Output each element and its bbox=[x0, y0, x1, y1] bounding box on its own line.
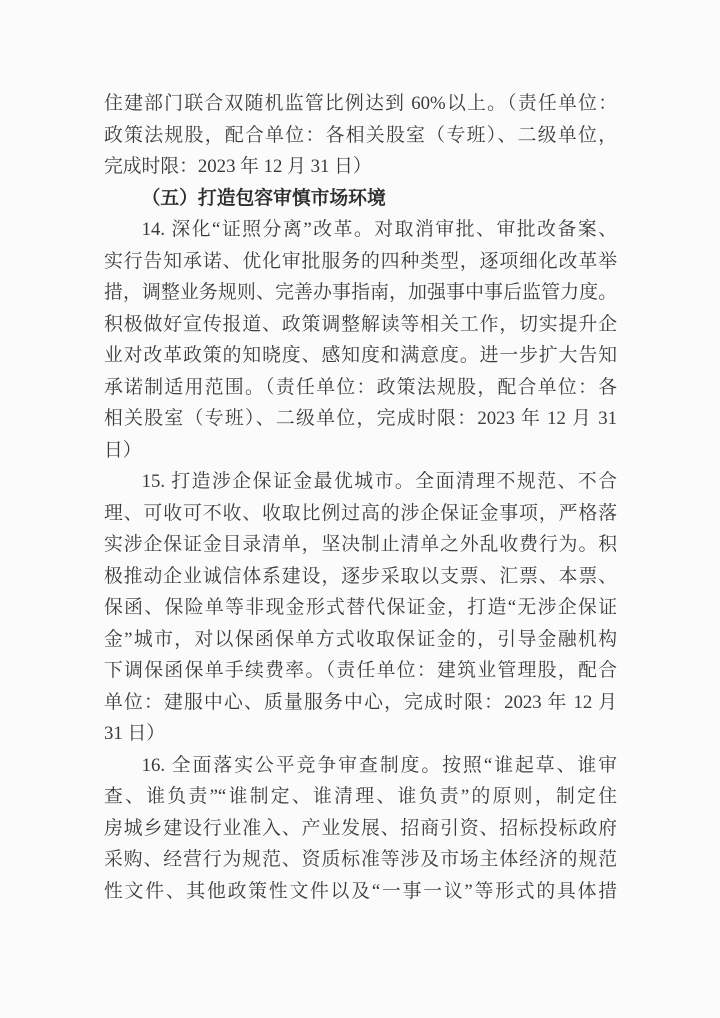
text-line: 理、可收可不收、收取比例过高的涉企保证金事项，严格落 bbox=[104, 498, 617, 530]
text-line: 极推动企业诚信体系建设，逐步采取以支票、汇票、本票、 bbox=[104, 561, 617, 593]
text-line: 保函、保险单等非现金形式替代保证金，打造“无涉企保证 bbox=[104, 592, 617, 624]
text-line: 16. 全面落实公平竞争审查制度。按照“谁起草、谁审 bbox=[104, 750, 617, 782]
text-line: 下调保函保单手续费率。（责任单位：建筑业管理股，配合 bbox=[104, 655, 617, 687]
text-line: 政策法规股，配合单位：各相关股室（专班）、二级单位， bbox=[104, 120, 617, 152]
text-line: 措，调整业务规则、完善办事指南，加强事中事后监管力度。 bbox=[104, 277, 617, 309]
text-line: 金”城市，对以保函保单方式收取保证金的，引导金融机构 bbox=[104, 624, 617, 656]
text-line: 15. 打造涉企保证金最优城市。全面清理不规范、不合 bbox=[104, 466, 617, 498]
text-line: 完成时限：2023 年 12 月 31 日） bbox=[104, 151, 617, 183]
text-line: 采购、经营行为规范、资质标准等涉及市场主体经济的规范 bbox=[104, 844, 617, 876]
text-line: 查、谁负责”“谁制定、谁清理、谁负责”的原则，制定住 bbox=[104, 781, 617, 813]
text-line: 实涉企保证金目录清单，坚决制止清单之外乱收费行为。积 bbox=[104, 529, 617, 561]
text-line: 单位：建服中心、质量服务中心，完成时限：2023 年 12 月 bbox=[104, 687, 617, 719]
text-line: 日） bbox=[104, 435, 617, 467]
text-line: 住建部门联合双随机监管比例达到 60%以上。（责任单位： bbox=[104, 88, 617, 120]
text-line: 房城乡建设行业准入、产业发展、招商引资、招标投标政府 bbox=[104, 813, 617, 845]
text-line: 承诺制适用范围。（责任单位：政策法规股，配合单位：各 bbox=[104, 372, 617, 404]
text-line: 积极做好宣传报道、政策调整解读等相关工作，切实提升企 bbox=[104, 309, 617, 341]
text-line: 31 日） bbox=[104, 718, 617, 750]
text-line: 业对改革政策的知晓度、感知度和满意度。进一步扩大告知 bbox=[104, 340, 617, 372]
document-page: 住建部门联合双随机监管比例达到 60%以上。（责任单位：政策法规股，配合单位：各… bbox=[0, 0, 720, 1018]
text-line: 性文件、其他政策性文件以及“一事一议”等形式的具体措 bbox=[104, 876, 617, 908]
text-line: 相关股室（专班）、二级单位，完成时限：2023 年 12 月 31 bbox=[104, 403, 617, 435]
text-line: 14. 深化“证照分离”改革。对取消审批、审批改备案、 bbox=[104, 214, 617, 246]
section-heading: （五）打造包容审慎市场环境 bbox=[104, 183, 617, 215]
text-line: 实行告知承诺、优化审批服务的四种类型，逐项细化改革举 bbox=[104, 246, 617, 278]
text-block: 住建部门联合双随机监管比例达到 60%以上。（责任单位：政策法规股，配合单位：各… bbox=[104, 88, 617, 907]
